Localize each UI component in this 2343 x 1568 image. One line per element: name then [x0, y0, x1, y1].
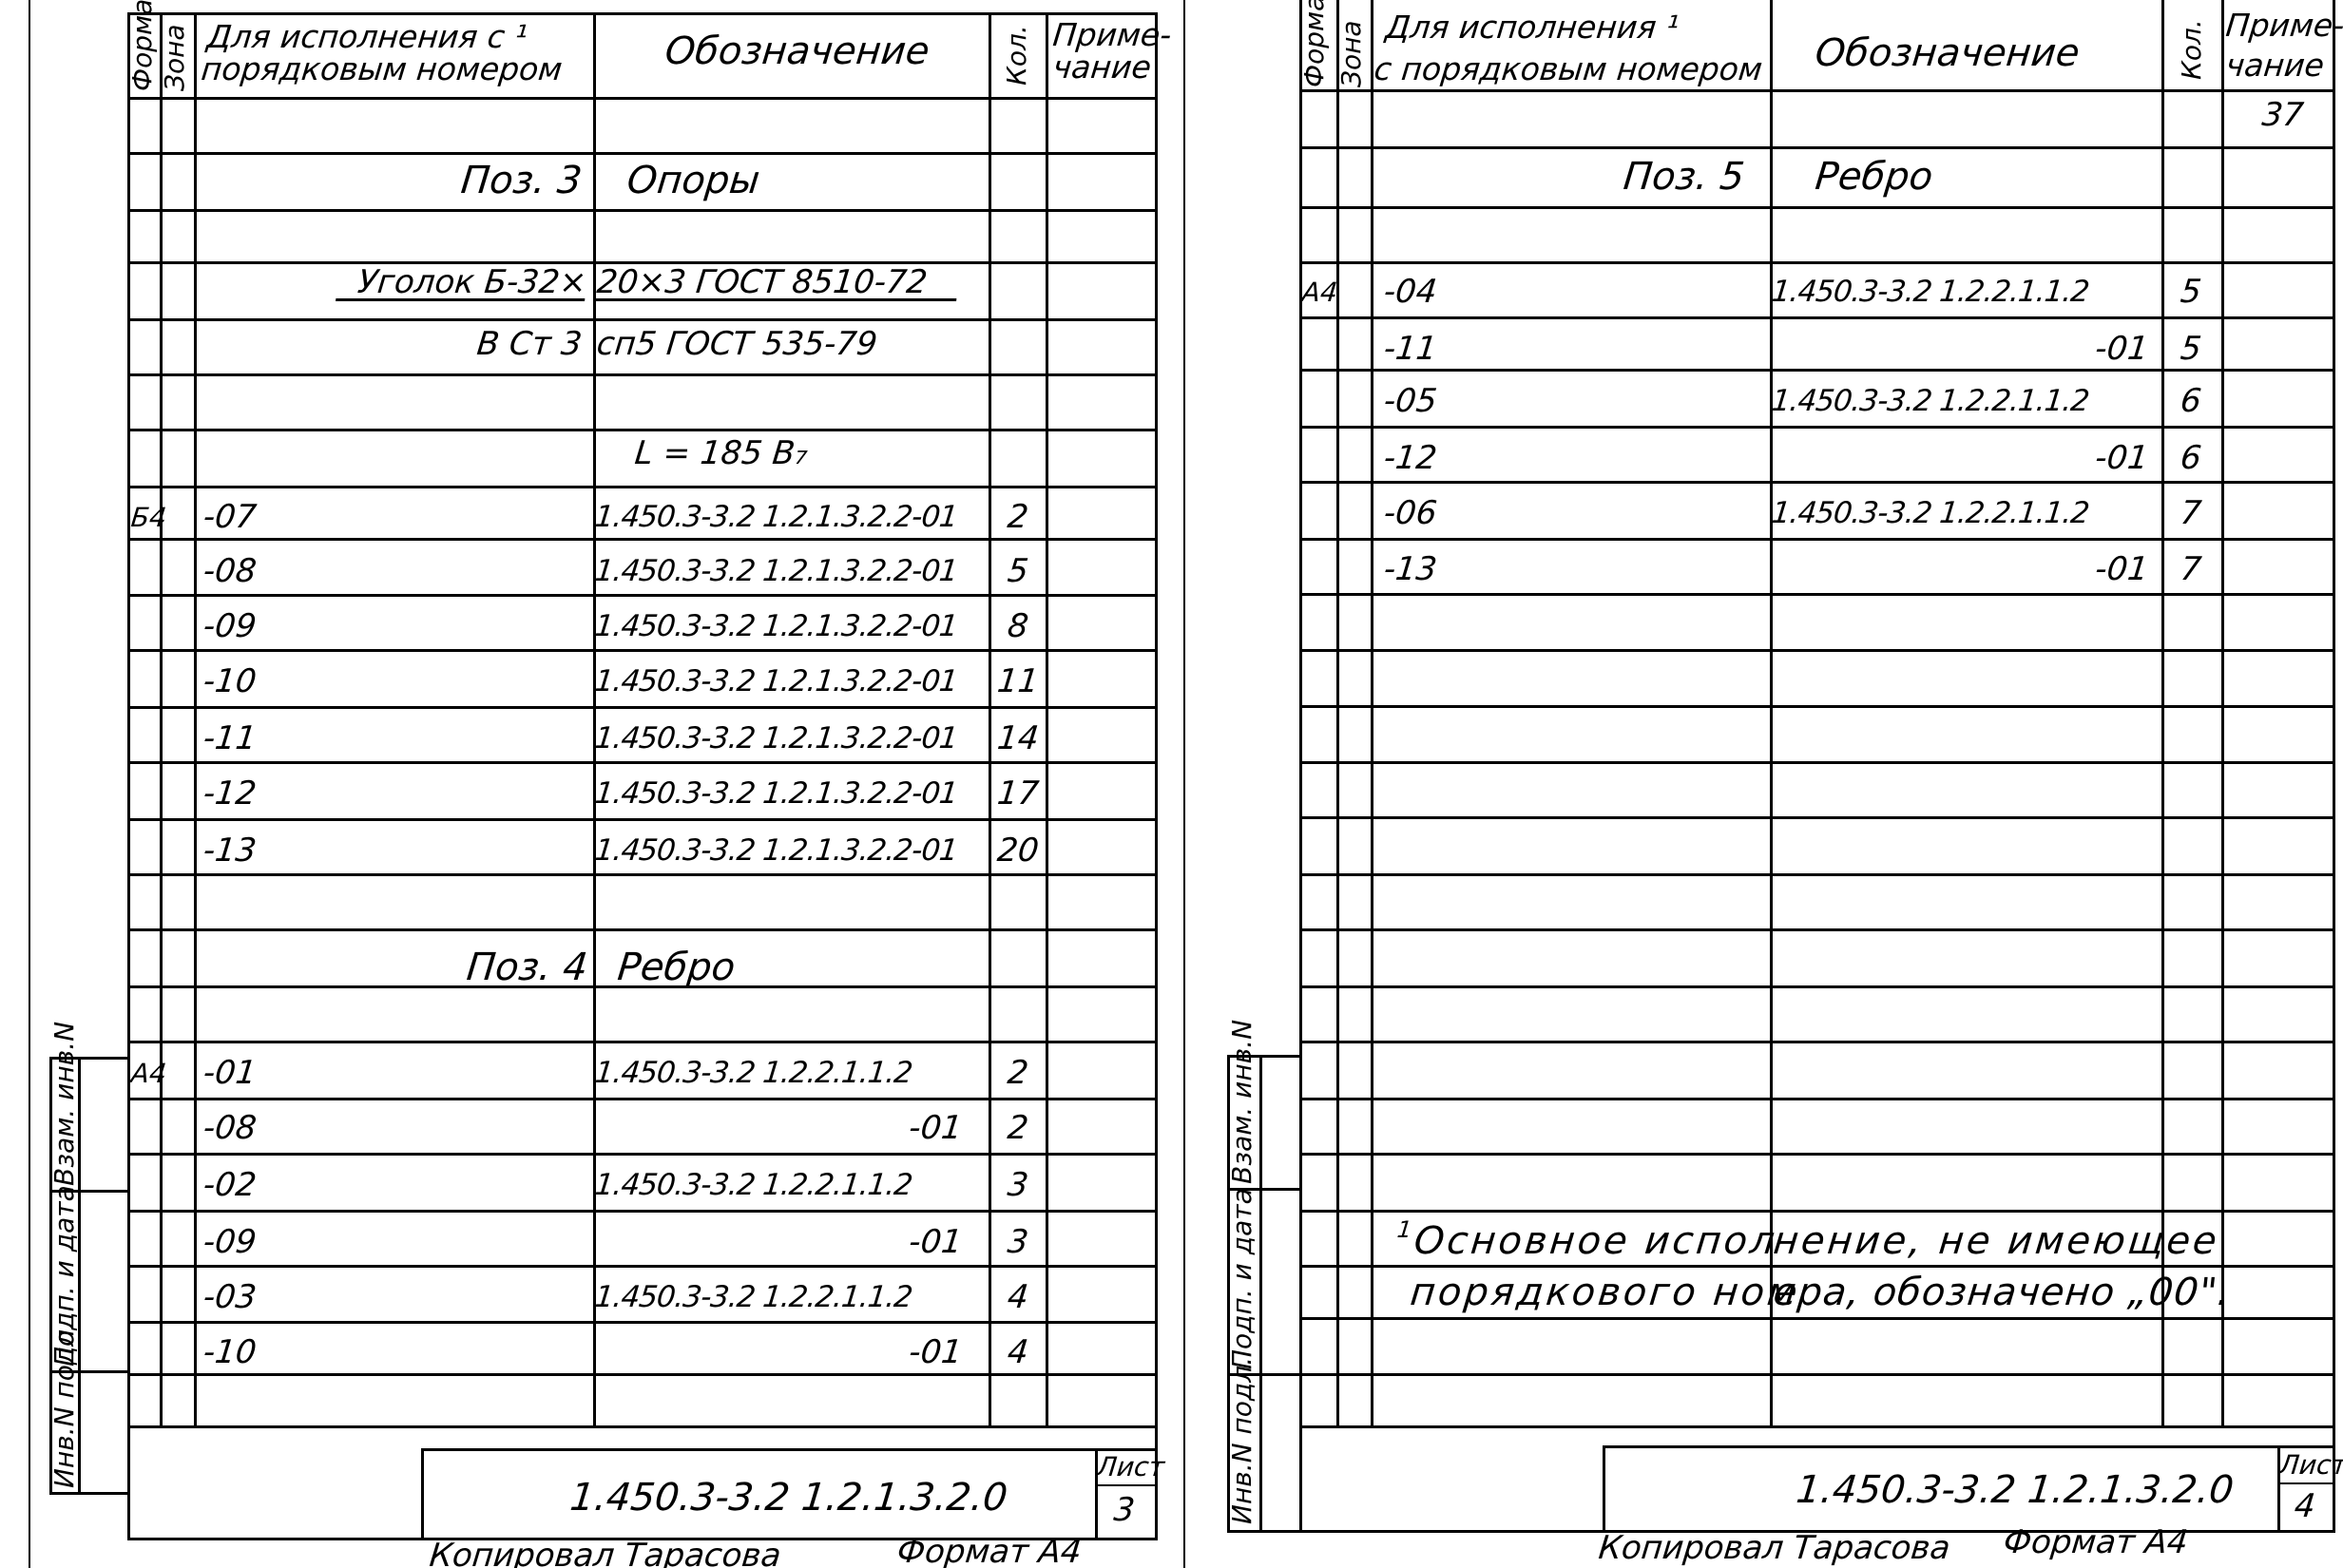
pos3-title: Опоры [625, 162, 761, 200]
angle-profile-left: Уголок Б-32× [336, 266, 588, 301]
designation-cell: 1.450.3-3.2 1.2.2.1.1.2 [1770, 277, 2090, 307]
header-zone: Зона [162, 24, 188, 91]
col-qty-note-divider [1046, 12, 1048, 1425]
variant-cell: -10 [202, 665, 258, 698]
header-variant-line2: порядковым номером [200, 53, 564, 85]
qty-cell: 4 [992, 1281, 1044, 1313]
variant-cell: -11 [202, 722, 258, 755]
row-line [1299, 761, 2335, 764]
row-line [1299, 816, 2335, 819]
qty-cell: 2 [992, 501, 1044, 533]
row-line [1299, 1265, 2335, 1268]
variant-cell: -08 [202, 555, 258, 587]
doc-designation: 1.450.3-3.2 1.2.1.3.2.0 [568, 1479, 1009, 1517]
header-qty: Кол. [2179, 19, 2205, 80]
format-cell: А4 [130, 1061, 168, 1087]
sheet-divider [1183, 0, 1185, 1568]
row-line [127, 706, 1158, 709]
qty-cell: 4 [992, 1336, 1044, 1368]
header-format: Формат [1301, 0, 1328, 87]
qty-cell: 7 [2165, 553, 2217, 585]
col-zone-variant-divider [194, 12, 197, 1425]
col-designation-qty-divider [989, 12, 991, 1425]
border-left [127, 12, 130, 1538]
qty-cell: 6 [2165, 385, 2217, 417]
sheet-number: 4 [2293, 1490, 2316, 1522]
border-top [127, 12, 1158, 15]
designation-cell: 1.450.3-3.2 1.2.1.3.2.2-01 [593, 612, 958, 641]
row-line [127, 761, 1158, 764]
row-line [127, 649, 1158, 652]
qty-cell: 2 [992, 1112, 1044, 1144]
qty-cell: 6 [2165, 442, 2217, 474]
format-cell: Б4 [130, 505, 168, 531]
row-line [127, 1265, 1158, 1268]
row-line [1299, 89, 2335, 92]
row-line [127, 1153, 1158, 1156]
row-line [1299, 1425, 2335, 1428]
col-format-zone-divider [160, 12, 163, 1425]
row-line [1299, 1317, 2335, 1320]
row-line [1299, 146, 2335, 149]
variant-cell: -04 [1382, 276, 1438, 308]
border-left [1299, 0, 1302, 1533]
sheet-number: 3 [1112, 1494, 1136, 1526]
header-variant-line1: Для исполнения ¹ [1384, 11, 1680, 43]
stamp-line [1259, 1055, 1262, 1530]
qty-cell: 20 [992, 834, 1044, 867]
footnote-line2-a: порядкового ном [1409, 1273, 1801, 1311]
row-line [127, 873, 1158, 876]
row-line [127, 538, 1158, 541]
header-note-line2: чание [1051, 51, 1153, 83]
header-format: Формат [129, 0, 156, 91]
header-qty: Кол. [1004, 25, 1030, 86]
variant-cell: -12 [202, 777, 258, 810]
stamp-line [49, 1492, 127, 1495]
variant-cell: -05 [1382, 385, 1438, 417]
variant-cell: -13 [1382, 553, 1438, 585]
row-line [1299, 1373, 2335, 1376]
row-line [1299, 261, 2335, 264]
header-note-line1: Приме- [2224, 10, 2343, 41]
designation-cell: 1.450.3-3.2 1.2.1.3.2.2-01 [593, 779, 958, 809]
designation-cell: 1.450.3-3.2 1.2.1.3.2.2-01 [593, 503, 958, 532]
header-designation: Обозначение [1814, 34, 2082, 72]
variant-cell: -10 [202, 1336, 258, 1368]
pos3-label: Поз. 3 [378, 162, 584, 200]
pos5-title: Ребро [1814, 158, 1934, 196]
qty-cell: 5 [992, 555, 1044, 587]
length-spec: L = 185 В₇ [633, 437, 809, 469]
row-line [1299, 985, 2335, 988]
row-line [1299, 1098, 2335, 1100]
row-line [127, 1425, 1158, 1428]
designation-suffix-cell: -01 [1937, 333, 2150, 365]
row-line [127, 594, 1158, 597]
designation-suffix-cell: -01 [1937, 553, 2150, 585]
designation-suffix-cell: -01 [759, 1112, 964, 1144]
row-line [1299, 928, 2335, 931]
row-line [127, 1321, 1158, 1324]
variant-cell: -03 [202, 1281, 258, 1313]
row-line [1299, 316, 2335, 319]
note-sheet-count: 37 [2260, 99, 2305, 131]
row-line [1299, 1041, 2335, 1043]
row-line [1299, 426, 2335, 429]
header-note-line2: чание [2224, 49, 2326, 81]
footnote-mark: 1 [1396, 1218, 1413, 1241]
row-line [1299, 369, 2335, 372]
title-block-line [1603, 1445, 1605, 1531]
title-block-line [1603, 1445, 2334, 1448]
variant-cell: -12 [1382, 442, 1438, 474]
designation-cell: 1.450.3-3.2 1.2.1.3.2.2-01 [593, 836, 958, 866]
col-variant-designation-divider [593, 12, 596, 1425]
border-right [1155, 12, 1158, 1538]
row-line [127, 152, 1158, 155]
footnote-line2-b: ера, обозначено „00". [1772, 1273, 2233, 1311]
variant-cell: -07 [202, 501, 258, 533]
row-line [127, 373, 1158, 376]
row-line [1299, 481, 2335, 484]
designation-cell: 1.450.3-3.2 1.2.2.1.1.2 [1770, 387, 2090, 416]
row-line [127, 928, 1158, 931]
border-right [2333, 0, 2335, 1533]
variant-cell: -09 [202, 610, 258, 642]
row-line [127, 818, 1158, 821]
designation-cell: 1.450.3-3.2 1.2.1.3.2.2-01 [593, 724, 958, 754]
designation-cell: 1.450.3-3.2 1.2.1.3.2.2-01 [593, 557, 958, 586]
row-line [1299, 649, 2335, 652]
header-variant-line2: с порядковым номером [1373, 53, 1763, 85]
header-note-line1: Приме- [1051, 19, 1173, 50]
row-line [127, 1098, 1158, 1100]
pos4-label: Поз. 4 [378, 948, 589, 986]
pos4-title: Ребро [616, 948, 737, 986]
footnote-line1-a: Основное испол [1412, 1222, 1779, 1260]
designation-cell: 1.450.3-3.2 1.2.2.1.1.2 [593, 1171, 913, 1200]
format-cell: А4 [1301, 279, 1339, 306]
qty-cell: 2 [992, 1057, 1044, 1089]
row-line [1299, 873, 2335, 876]
row-line [1299, 206, 2335, 209]
row-line [1299, 1153, 2335, 1156]
designation-suffix-cell: -01 [759, 1226, 964, 1258]
steel-grade-left: В Ст 3 [378, 328, 584, 360]
title-block-line [1095, 1484, 1155, 1486]
header-zone: Зона [1338, 20, 1365, 87]
sheet-label: Лист [2278, 1452, 2343, 1479]
header-designation: Обозначение [663, 32, 931, 70]
row-line [1299, 538, 2335, 541]
row-line [127, 97, 1158, 100]
variant-cell: -11 [1382, 333, 1438, 365]
title-block-line [421, 1448, 424, 1538]
row-line [127, 429, 1158, 431]
header-variant-line1: Для исполнения с ¹ [205, 21, 528, 52]
qty-cell: 5 [2165, 333, 2217, 365]
variant-cell: -01 [202, 1057, 258, 1089]
designation-cell: 1.450.3-3.2 1.2.2.1.1.2 [1770, 499, 2090, 528]
qty-cell: 14 [992, 722, 1044, 755]
designation-suffix-cell: -01 [759, 1336, 964, 1368]
qty-cell: 11 [992, 665, 1044, 698]
sheet-label: Лист [1096, 1454, 1166, 1481]
margin-line [29, 0, 30, 1568]
title-block-line [2277, 1482, 2333, 1484]
row-line [1299, 1210, 2335, 1213]
designation-cell: 1.450.3-3.2 1.2.2.1.1.2 [593, 1283, 913, 1312]
row-line [1299, 593, 2335, 596]
variant-cell: -09 [202, 1226, 258, 1258]
row-line [127, 486, 1158, 488]
paper-format: Формат А4 [895, 1536, 1083, 1568]
pos5-label: Поз. 5 [1519, 158, 1746, 196]
footnote-line1-b: нение, не имеющее [1772, 1222, 2221, 1260]
qty-cell: 7 [2165, 497, 2217, 529]
qty-cell: 8 [992, 610, 1044, 642]
stamp-inv-orig: Инв.N подл. [1229, 1357, 1256, 1524]
designation-cell: 1.450.3-3.2 1.2.1.3.2.2-01 [593, 667, 958, 697]
row-line [127, 209, 1158, 212]
designation-cell: 1.450.3-3.2 1.2.2.1.1.2 [593, 1059, 913, 1088]
stamp-sign-date: Подп. и дата [1229, 1188, 1256, 1369]
angle-profile-right: 20×3 ГОСТ 8510-72 [595, 266, 960, 301]
stamp-inv-swap: Взам. инв.N [1229, 1020, 1256, 1184]
copied-by: Копировал Тарасова [1597, 1532, 1951, 1564]
steel-grade-right: сп5 ГОСТ 535-79 [595, 328, 878, 360]
row-line [127, 1373, 1158, 1376]
qty-cell: 3 [992, 1226, 1044, 1258]
qty-cell: 3 [992, 1169, 1044, 1201]
stamp-inv-swap: Взам. инв.N [51, 1022, 78, 1186]
qty-cell: 17 [992, 777, 1044, 810]
copied-by: Копировал Тарасова [428, 1539, 782, 1568]
designation-suffix-cell: -01 [1937, 442, 2150, 474]
stamp-inv-orig: Инв.N подл. [51, 1321, 78, 1488]
row-line [1299, 705, 2335, 708]
doc-designation: 1.450.3-3.2 1.2.1.3.2.0 [1795, 1471, 2236, 1509]
variant-cell: -02 [202, 1169, 258, 1201]
title-block-line [421, 1448, 1158, 1451]
qty-cell: 5 [2165, 276, 2217, 308]
paper-format: Формат А4 [2002, 1526, 2189, 1558]
row-line [127, 1210, 1158, 1213]
variant-cell: -13 [202, 834, 258, 867]
row-line [127, 318, 1158, 321]
variant-cell: -06 [1382, 497, 1438, 529]
row-line [127, 1041, 1158, 1043]
variant-cell: -08 [202, 1112, 258, 1144]
